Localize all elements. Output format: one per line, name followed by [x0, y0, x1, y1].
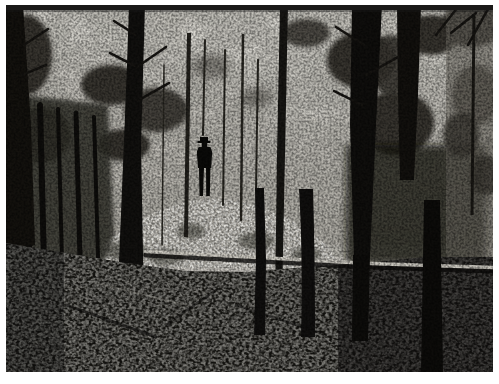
photograph-canvas	[6, 5, 493, 372]
photograph	[6, 5, 493, 372]
scanned-page	[0, 0, 499, 384]
film-grain	[6, 5, 493, 372]
photo-top-edge	[6, 5, 493, 12]
